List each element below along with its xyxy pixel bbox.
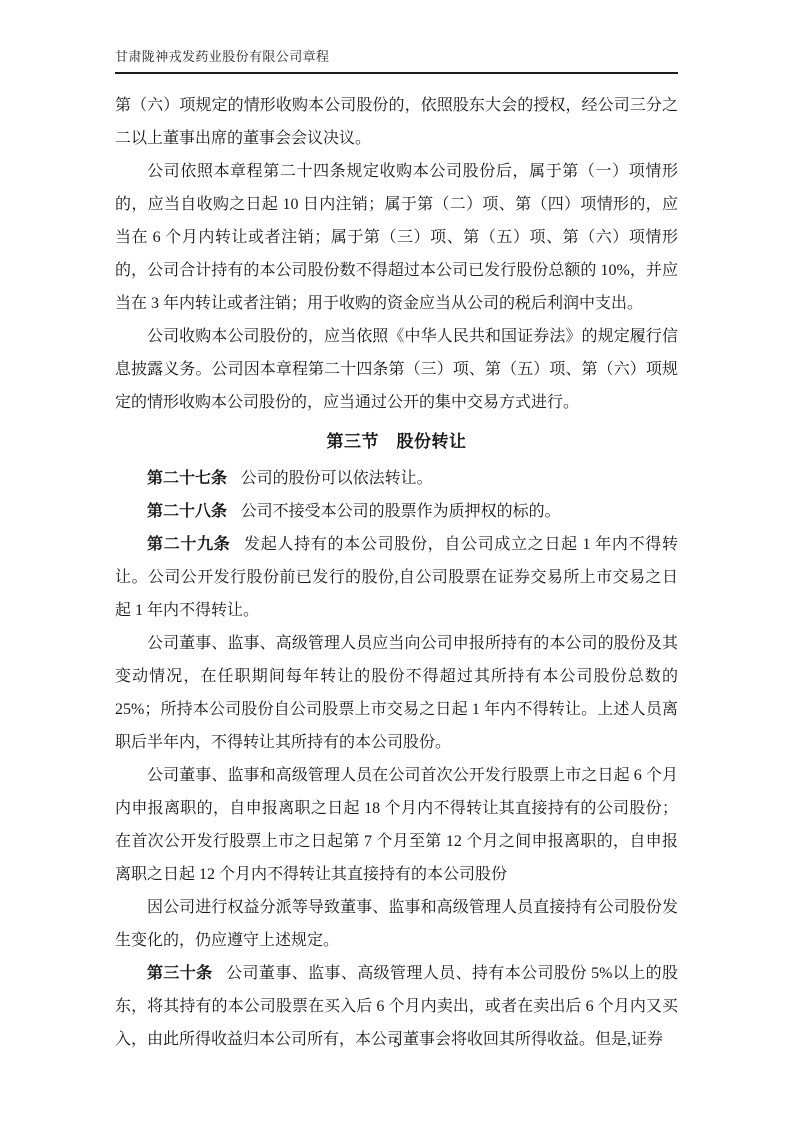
header-title: 甘肃陇神戎发药业股份有限公司章程 <box>115 49 329 64</box>
paragraph: 因公司进行权益分派等导致董事、监事和高级管理人员直接持有公司股份发生变化的，仍应… <box>115 891 678 957</box>
paragraph-continuation: 第（六）项规定的情形收购本公司股份的，依照股东大会的授权，经公司三分之二以上董事… <box>115 89 678 155</box>
article-paragraph: 第二十七条公司的股份可以依法转让。 <box>115 462 678 495</box>
article-paragraph: 第二十九条发起人持有的本公司股份，自公司成立之日起 1 年内不得转让。公司公开发… <box>115 528 678 627</box>
article-number: 第二十九条 <box>147 536 230 553</box>
page-header: 甘肃陇神戎发药业股份有限公司章程 <box>115 46 678 74</box>
article-paragraph: 第二十八条公司不接受本公司的股票作为质押权的标的。 <box>115 495 678 528</box>
article-number: 第二十八条 <box>147 503 227 520</box>
paragraph: 公司依照本章程第二十四条规定收购本公司股份后，属于第（一）项情形的，应当自收购之… <box>115 155 678 320</box>
article-number: 第三十条 <box>147 965 213 982</box>
paragraph: 公司收购本公司股份的，应当依照《中华人民共和国证券法》的规定履行信息披露义务。公… <box>115 320 678 419</box>
document-page: 甘肃陇神戎发药业股份有限公司章程 第（六）项规定的情形收购本公司股份的，依照股东… <box>0 0 793 1122</box>
article-text: 公司不接受本公司的股票作为质押权的标的。 <box>241 503 561 520</box>
document-body: 第（六）项规定的情形收购本公司股份的，依照股东大会的授权，经公司三分之二以上董事… <box>115 89 678 1056</box>
paragraph: 公司董事、监事和高级管理人员在公司首次公开发行股票上市之日起 6 个月内申报离职… <box>115 759 678 891</box>
article-number: 第二十七条 <box>147 470 227 487</box>
page-footer: 5 <box>0 1035 793 1051</box>
paragraph: 公司董事、监事、高级管理人员应当向公司申报所持有的本公司的股份及其变动情况，在任… <box>115 627 678 759</box>
section-heading: 第三节 股份转让 <box>115 425 678 458</box>
article-text: 公司的股份可以依法转让。 <box>241 470 433 487</box>
page-number: 5 <box>393 1035 400 1050</box>
